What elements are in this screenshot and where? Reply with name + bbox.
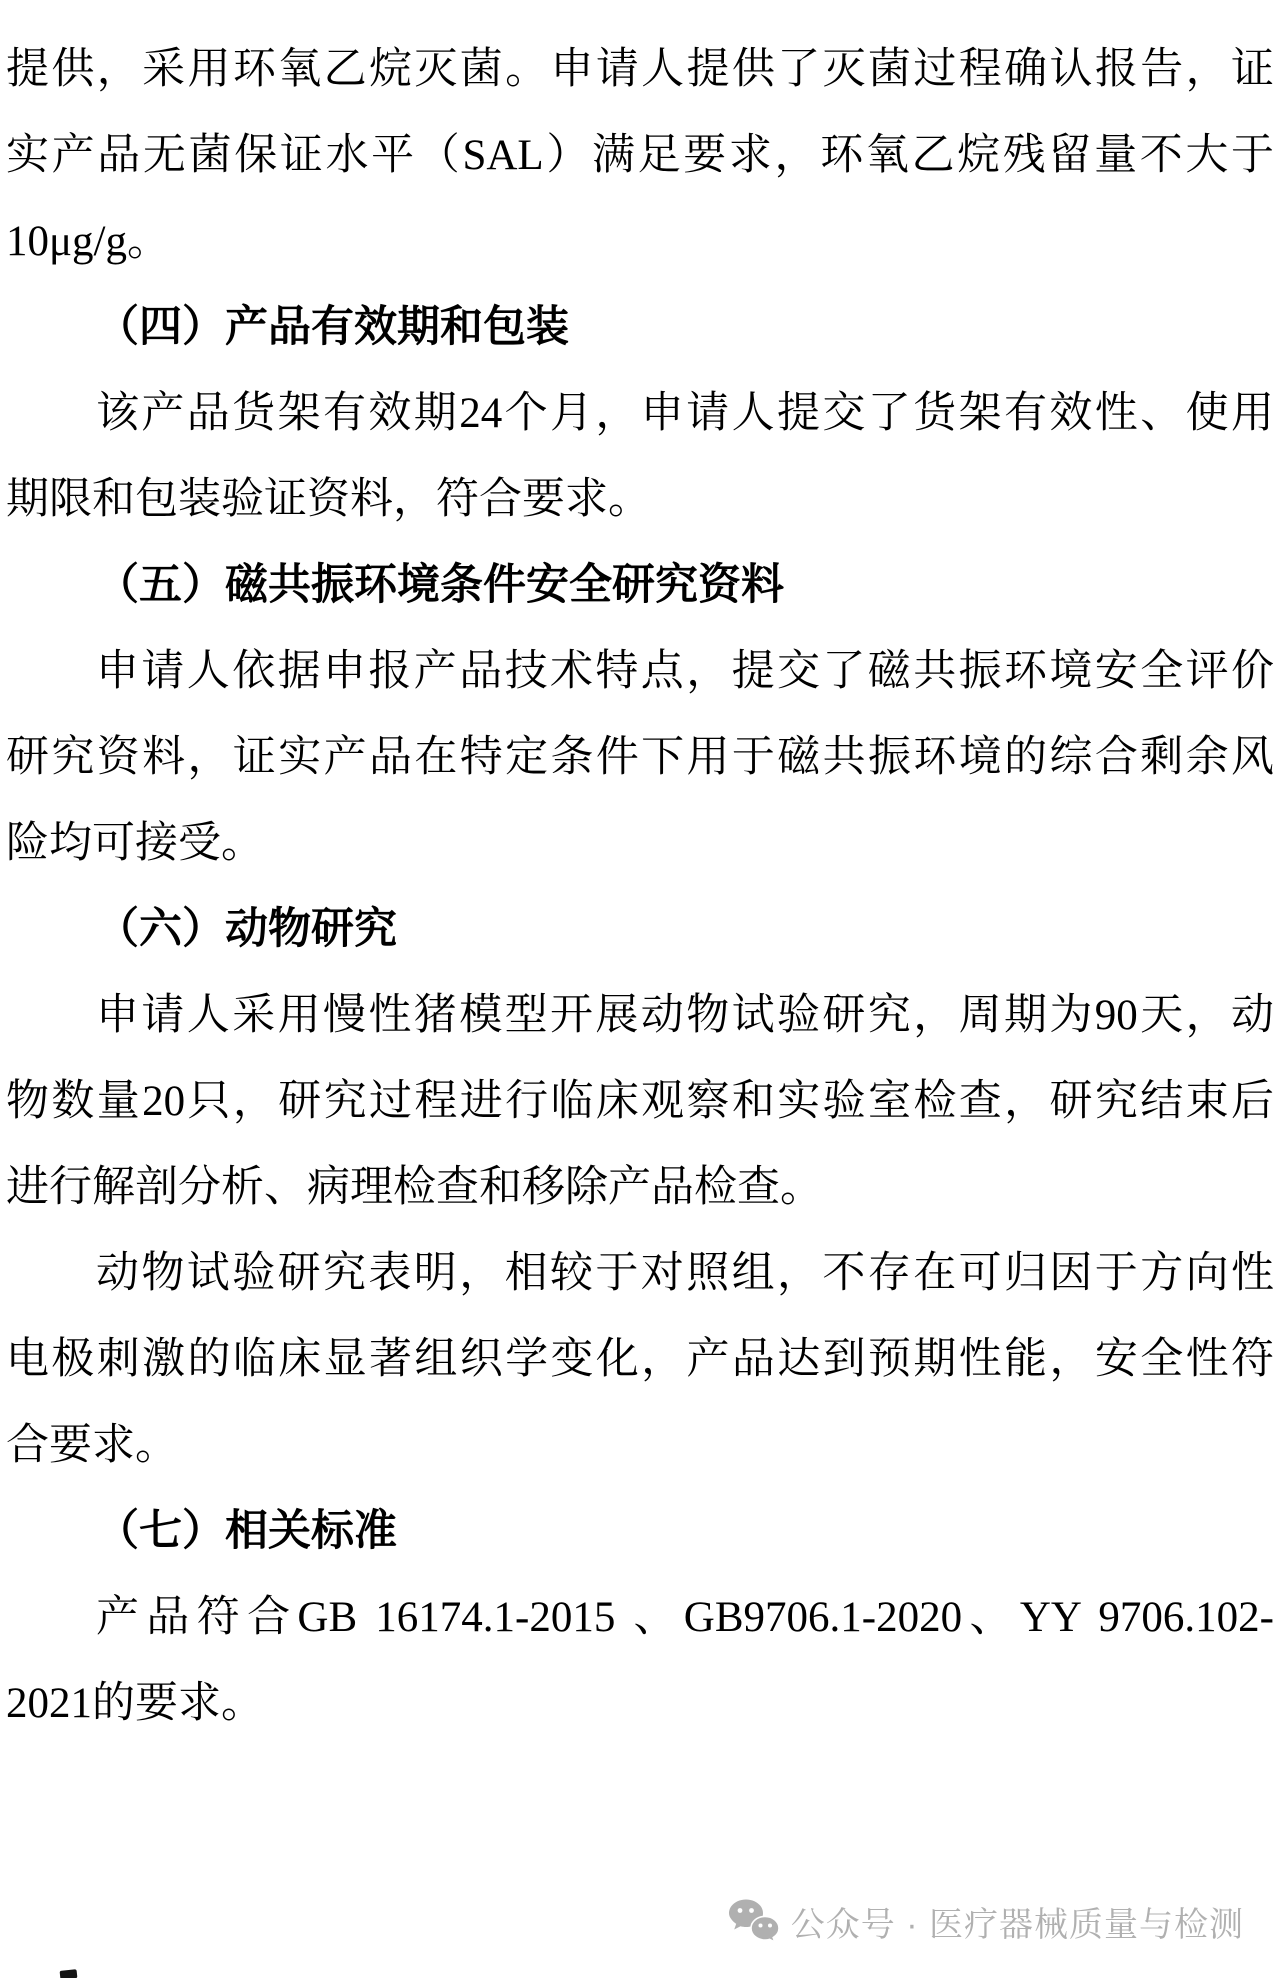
section-heading: （五）磁共振环境条件安全研究资料 [6, 543, 1274, 629]
paragraph-line: 期限和包装验证资料，符合要求。 [6, 457, 1274, 543]
document-body: 提供，采用环氧乙烷灭菌。申请人提供了灭菌过程确认报告，证实产品无菌保证水平（SA… [6, 27, 1274, 1747]
paragraph-line: 合要求。 [6, 1403, 1274, 1489]
wechat-watermark: 公众号 · 医疗器械质量与检测 [728, 1897, 1244, 1946]
watermark-label: 公众号 · 医疗器械质量与检测 [791, 1897, 1244, 1946]
paragraph-line: 提供，采用环氧乙烷灭菌。申请人提供了灭菌过程确认报告，证 [6, 27, 1274, 113]
paragraph-line: 物数量20只，研究过程进行临床观察和实验室检查，研究结束后 [6, 1059, 1274, 1145]
section-heading: （四）产品有效期和包装 [6, 285, 1274, 371]
paragraph-line: 动物试验研究表明，相较于对照组，不存在可归因于方向性 [6, 1231, 1274, 1317]
document-page: { "page": { "background": "#ffffff", "te… [0, 0, 1280, 1978]
paragraph-line: 申请人采用慢性猪模型开展动物试验研究，周期为90天，动 [6, 973, 1274, 1059]
paragraph-line: 实产品无菌保证水平（SAL）满足要求，环氧乙烷残留量不大于 [6, 113, 1274, 199]
wechat-icon [728, 1898, 780, 1945]
paragraph-line: 2021的要求。 [6, 1661, 1274, 1747]
paragraph-line: 该产品货架有效期24个月，申请人提交了货架有效性、使用 [6, 371, 1274, 457]
paragraph-line: 电极刺激的临床显著组织学变化，产品达到预期性能，安全性符 [6, 1317, 1274, 1403]
paragraph-line: 10μg/g。 [6, 199, 1274, 285]
section-heading: （七）相关标准 [6, 1489, 1274, 1575]
paragraph-line: 进行解剖分析、病理检查和移除产品检查。 [6, 1145, 1274, 1231]
paragraph-line: 研究资料，证实产品在特定条件下用于磁共振环境的综合剩余风 [6, 715, 1274, 801]
paragraph-line: 申请人依据申报产品技术特点，提交了磁共振环境安全评价 [6, 629, 1274, 715]
paragraph-line: 险均可接受。 [6, 801, 1274, 887]
section-heading: （六）动物研究 [6, 887, 1274, 973]
page-number-fragment-cutoff [60, 1969, 78, 1978]
paragraph-line: 产品符合GB 16174.1-2015 、GB9706.1-2020、YY 97… [6, 1575, 1274, 1661]
